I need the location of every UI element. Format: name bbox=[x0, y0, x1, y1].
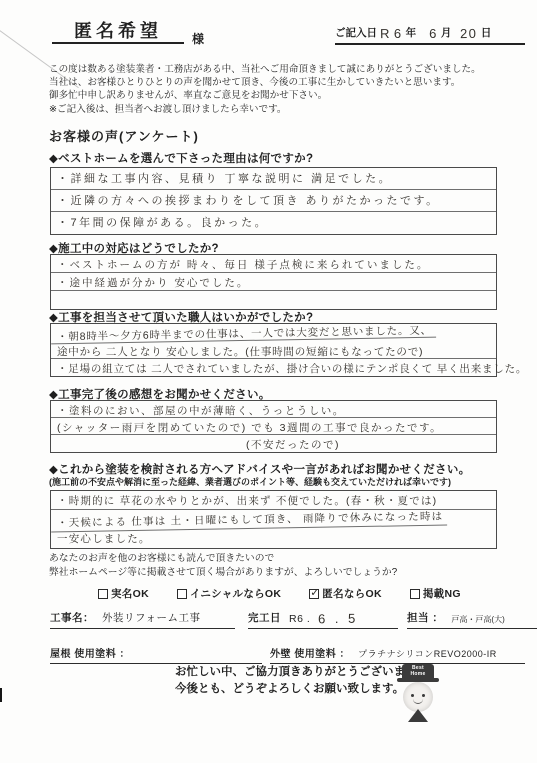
checkbox-label: 実名OK bbox=[111, 586, 149, 601]
mascot-face bbox=[403, 682, 433, 712]
month-unit: 月 bbox=[441, 25, 452, 40]
checkbox-option-realname-ok[interactable]: 実名OK bbox=[98, 586, 149, 601]
mascot-eye-icon bbox=[422, 694, 425, 697]
checkbox-label: 匿名ならOK bbox=[322, 586, 382, 601]
answer-row: ・近隣の方々への挨拶まわりをして頂き ありがたかったです。 bbox=[51, 190, 496, 212]
intro-paragraph: この度は数ある塗装業者・工務店がある中、当社へご用命頂きまして誠にありがとうござ… bbox=[49, 63, 525, 116]
completion-date-field: 完工日 R6 . 6 . 5 bbox=[248, 610, 398, 629]
wall-paint-value: プラチナシリコンREVO2000-IR bbox=[358, 647, 497, 660]
fill-date-field: ご記入日 R 6 年 6 月 20 日 bbox=[335, 20, 525, 45]
question-5-answer-box: ・時期的に 草花の水やりとかが、出来ず 不便でした。(春・秋・夏では) ・天候に… bbox=[50, 490, 497, 549]
answer-row: ・詳細な工事内容、見積り 丁寧な説明に 満足でした。 bbox=[51, 168, 496, 190]
publish-note-line: 弊社ホームページ等に掲載させて頂く場合がありますが、よろしいでしょうか? bbox=[49, 566, 397, 580]
completion-date-handwritten: 6 . 5 bbox=[318, 611, 359, 627]
mascot-body bbox=[408, 709, 428, 722]
publish-options-row: 実名OK イニシャルならOK ✓ 匿名ならOK 掲載NG bbox=[98, 586, 518, 601]
date-label: ご記入日 bbox=[335, 25, 377, 40]
scanned-survey-page: 匿名希望 様 ご記入日 R 6 年 6 月 20 日 この度は数ある塗装業者・工… bbox=[0, 0, 537, 763]
mascot-eye-icon bbox=[411, 694, 414, 697]
year-unit: 年 bbox=[406, 25, 417, 40]
mascot-hat-text-line2: Home bbox=[402, 672, 434, 678]
completion-date-label: 完工日 bbox=[248, 610, 281, 625]
customer-name: 匿名希望 bbox=[52, 18, 184, 44]
intro-line: 当社は、お客様ひとりひとりの声を聞かせて頂き、今後の工事に生かしていきたいと思い… bbox=[49, 76, 525, 89]
date-year-handwritten: 6 bbox=[394, 26, 403, 41]
answer-row: ・7年間の保障がある。良かった。 bbox=[51, 212, 496, 234]
honorific-label: 様 bbox=[192, 30, 204, 47]
answer-row: 一安心しました。 bbox=[51, 529, 496, 548]
checkbox-option-publish-ng[interactable]: 掲載NG bbox=[410, 586, 461, 601]
checkbox-option-initials-ok[interactable]: イニシャルならOK bbox=[177, 586, 281, 601]
company-mascot-stamp: Best Home bbox=[394, 664, 442, 724]
publish-note-line: あなたのお声を他のお客様にも読んで頂きたいので bbox=[49, 552, 397, 566]
question-1-answer-box: ・詳細な工事内容、見積り 丁寧な説明に 満足でした。 ・近隣の方々への挨拶まわり… bbox=[50, 167, 497, 235]
answer-row: ・足場の組立ては 二人でされていましたが、掛け合いの様にテンポ良くて 早く出来ま… bbox=[51, 359, 496, 376]
intro-line: 御多忙中申し訳ありませんが、率直なご意見をお聞かせ下さい。 bbox=[49, 89, 525, 102]
answer-row: ・ベストホームの方が 時々、毎日 様子点検に来られていました。 bbox=[51, 255, 496, 273]
answer-row: ・天候による 仕事は 土・日曜にもして頂き、 雨降りで休みになった時は bbox=[51, 507, 448, 533]
question-2-answer-box: ・ベストホームの方が 時々、毎日 様子点検に来られていました。 ・途中経過が分か… bbox=[50, 254, 497, 310]
answer-row: ・朝8時半〜夕方6時半までの仕事は、一人では大変だと思いました。又、 bbox=[51, 321, 436, 345]
question-4-answer-box: ・塗料のにおい、部屋の中が薄暗く、うっとうしい。 (シャッター雨戸を閉めていたの… bbox=[50, 400, 497, 453]
intro-line: この度は数ある塗装業者・工務店がある中、当社へご用命頂きまして誠にありがとうござ… bbox=[49, 63, 525, 76]
question-1-label: ◆ベストホームを選んで下さった理由は何ですか? bbox=[49, 150, 313, 166]
staff-value: 戸高・戸高(大) bbox=[451, 614, 504, 625]
answer-row: (不安だったので) bbox=[51, 435, 496, 452]
publish-consent-note: あなたのお声を他のお客様にも読んで頂きたいので 弊社ホームページ等に掲載させて頂… bbox=[49, 552, 397, 579]
wall-paint-field: 外壁 使用塗料 ： プラチナシリコンREVO2000-IR bbox=[270, 645, 525, 664]
answer-row: 途中から 二人となり 安心しました。(仕事時間の短縮にもなってたので) bbox=[51, 342, 496, 359]
survey-title: お客様の声(アンケート) bbox=[49, 126, 199, 145]
staff-label: 担当 ： bbox=[407, 610, 443, 625]
question-3-answer-box: ・朝8時半〜夕方6時半までの仕事は、一人では大変だと思いました。又、 途中から … bbox=[50, 323, 497, 377]
day-unit: 日 bbox=[481, 25, 492, 40]
checkbox-option-anonymous-ok[interactable]: ✓ 匿名ならOK bbox=[309, 586, 382, 601]
scan-edge-artifact bbox=[0, 688, 2, 702]
answer-row bbox=[51, 291, 496, 309]
staff-field: 担当 ： 戸高・戸高(大) bbox=[407, 610, 537, 629]
checkbox-icon[interactable] bbox=[410, 589, 420, 599]
wall-paint-label: 外壁 使用塗料 ： bbox=[270, 645, 350, 660]
checkbox-label: イニシャルならOK bbox=[190, 586, 281, 601]
date-era-handwritten: R bbox=[380, 26, 391, 41]
project-name-field: 工事名： 外装リフォーム工事 bbox=[50, 610, 235, 629]
project-name-value: 外装リフォーム工事 bbox=[102, 610, 200, 625]
roof-paint-label: 屋根 使用塗料 ： bbox=[50, 645, 130, 660]
question-5-sublabel: (施工前の不安点や解消に至った経緯、業者選びのポイント等、経験も交えていただけれ… bbox=[49, 475, 451, 488]
project-name-label: 工事名： bbox=[50, 610, 94, 625]
checkbox-icon[interactable] bbox=[98, 589, 108, 599]
date-month-handwritten: 6 bbox=[429, 26, 438, 41]
check-mark-icon: ✓ bbox=[310, 586, 321, 599]
answer-row: ・塗料のにおい、部屋の中が薄暗く、うっとうしい。 bbox=[51, 401, 496, 418]
answer-row: (シャッター雨戸を閉めていたので) でも 3週間の工事で良かったです。 bbox=[51, 418, 496, 435]
project-info-row: 工事名： 外装リフォーム工事 完工日 R6 . 6 . 5 担当 ： 戸高・戸高… bbox=[50, 610, 537, 629]
date-day-handwritten: 20 bbox=[460, 26, 478, 41]
checkbox-label: 掲載NG bbox=[423, 586, 461, 601]
mascot-smile-icon bbox=[413, 698, 423, 704]
intro-line: ※ご記入後は、担当者へお渡し頂けましたら幸いです。 bbox=[49, 103, 525, 116]
checkbox-icon[interactable] bbox=[177, 589, 187, 599]
completion-date-prefix: R6 . bbox=[289, 613, 310, 625]
paint-info-row: 屋根 使用塗料 ： 外壁 使用塗料 ： プラチナシリコンREVO2000-IR bbox=[50, 645, 525, 664]
roof-paint-field: 屋根 使用塗料 ： bbox=[50, 645, 262, 664]
answer-row: ・途中経過が分かり 安心でした。 bbox=[51, 273, 496, 291]
checkbox-checked-icon[interactable]: ✓ bbox=[309, 589, 319, 599]
